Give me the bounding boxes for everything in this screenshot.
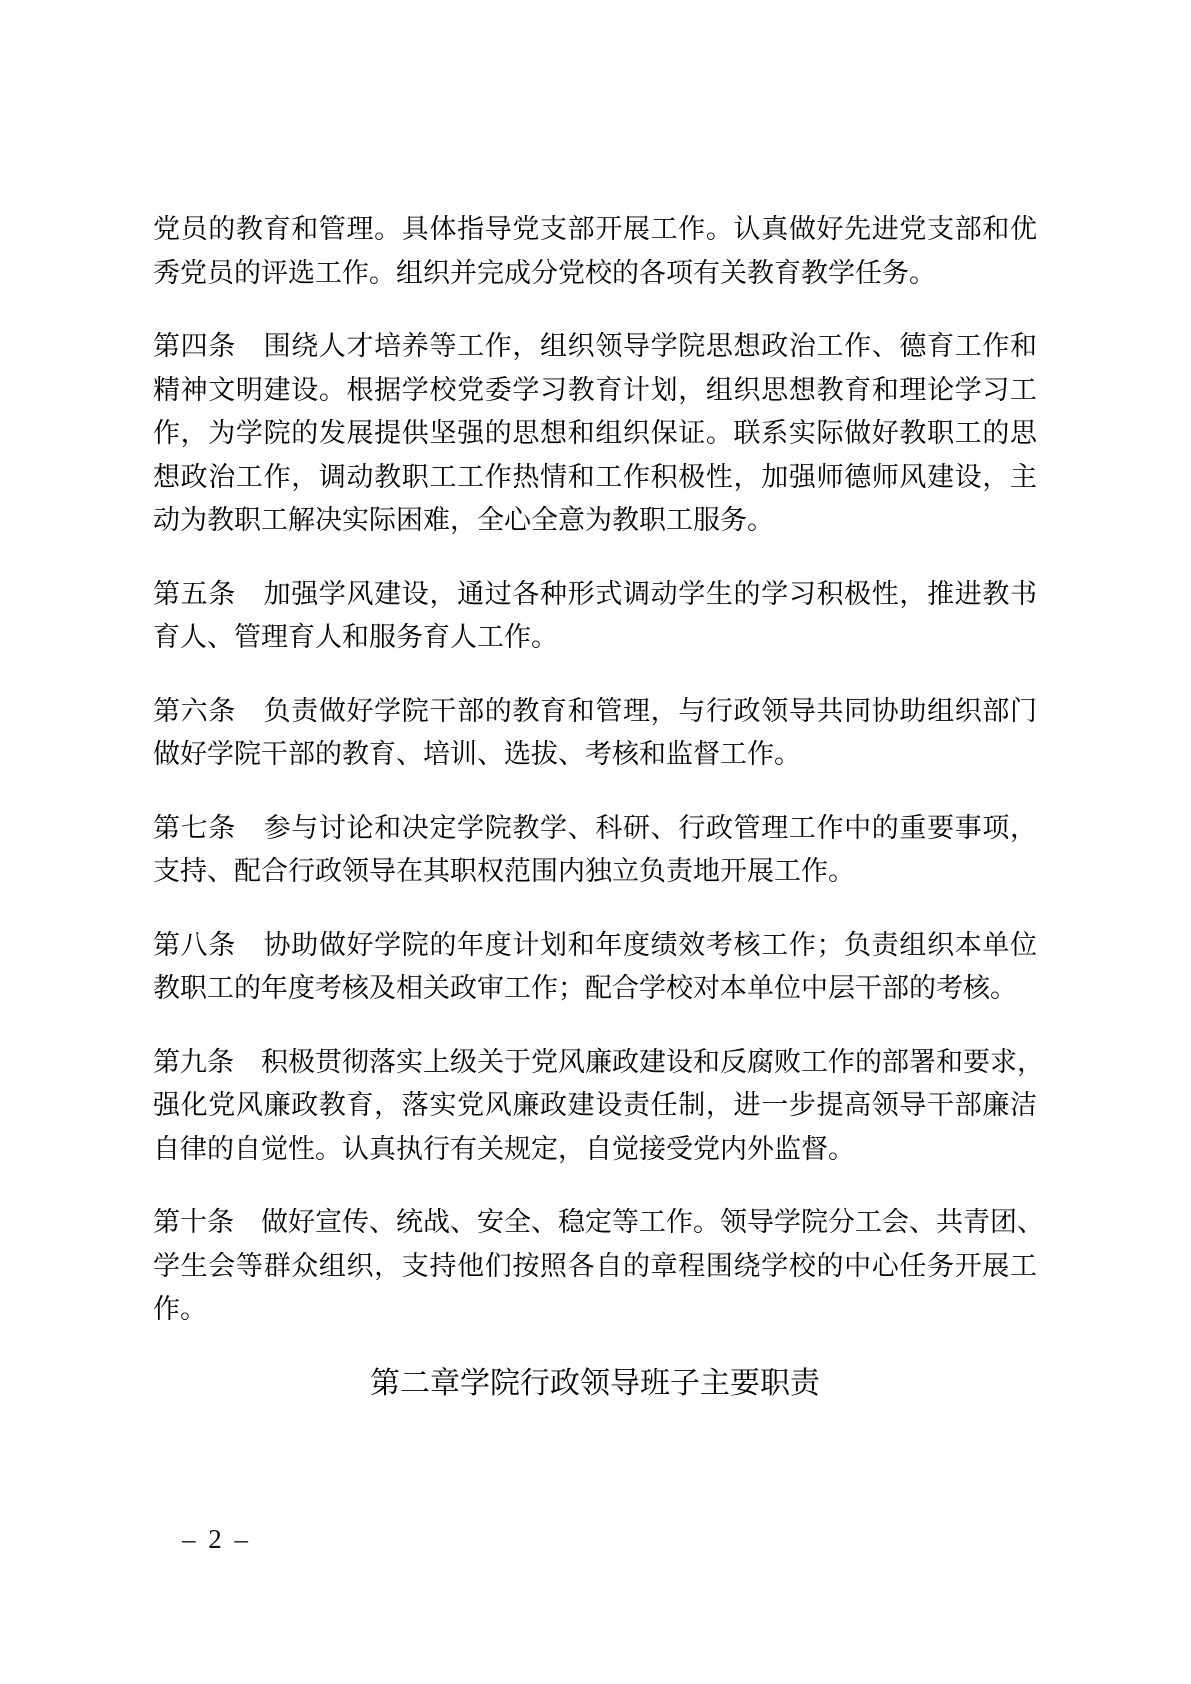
- document-page: 党员的教育和管理。具体指导党支部开展工作。认真做好先进党支部和优 秀党员的评选工…: [0, 0, 1191, 1684]
- text-line: 自律的自觉性。认真执行有关规定，自觉接受党内外监督。: [153, 1128, 1037, 1172]
- text-line: 第九条 积极贯彻落实上级关于党风廉政建设和反腐败工作的部署和要求，: [153, 1041, 1037, 1085]
- paragraph-article-6: 第六条 负责做好学院干部的教育和管理，与行政领导共同协助组织部门 做好学院干部的…: [153, 690, 1037, 777]
- text-line: 第十条 做好宣传、统战、安全、稳定等工作。领导学院分工会、共青团、: [153, 1201, 1037, 1245]
- text-line: 想政治工作，调动教职工工作热情和工作积极性，加强师德师风建设，主: [153, 456, 1037, 500]
- paragraph-article-7: 第七条 参与讨论和决定学院教学、科研、行政管理工作中的重要事项， 支持、配合行政…: [153, 807, 1037, 894]
- chapter-heading: 第二章学院行政领导班子主要职责: [153, 1362, 1037, 1406]
- text-line: 强化党风廉政教育，落实党风廉政建设责任制，进一步提高领导干部廉洁: [153, 1084, 1037, 1128]
- paragraph-article-4: 第四条 围绕人才培养等工作，组织领导学院思想政治工作、德育工作和 精神文明建设。…: [153, 325, 1037, 543]
- text-line: 秀党员的评选工作。组织并完成分党校的各项有关教育教学任务。: [153, 252, 1037, 296]
- text-line: 动为教职工解决实际困难，全心全意为教职工服务。: [153, 499, 1037, 543]
- text-line: 第六条 负责做好学院干部的教育和管理，与行政领导共同协助组织部门: [153, 690, 1037, 734]
- text-line: 第五条 加强学风建设，通过各种形式调动学生的学习积极性，推进教书: [153, 573, 1037, 617]
- text-line: 作。: [153, 1288, 1037, 1332]
- paragraph-continuation: 党员的教育和管理。具体指导党支部开展工作。认真做好先进党支部和优 秀党员的评选工…: [153, 208, 1037, 295]
- paragraph-article-9: 第九条 积极贯彻落实上级关于党风廉政建设和反腐败工作的部署和要求， 强化党风廉政…: [153, 1041, 1037, 1172]
- text-line: 做好学院干部的教育、培训、选拔、考核和监督工作。: [153, 733, 1037, 777]
- paragraph-article-8: 第八条 协助做好学院的年度计划和年度绩效考核工作；负责组织本单位 教职工的年度考…: [153, 924, 1037, 1011]
- text-line: 第四条 围绕人才培养等工作，组织领导学院思想政治工作、德育工作和: [153, 325, 1037, 369]
- paragraph-article-10: 第十条 做好宣传、统战、安全、稳定等工作。领导学院分工会、共青团、 学生会等群众…: [153, 1201, 1037, 1332]
- text-line: 育人、管理育人和服务育人工作。: [153, 616, 1037, 660]
- document-body: 党员的教育和管理。具体指导党支部开展工作。认真做好先进党支部和优 秀党员的评选工…: [153, 208, 1037, 1405]
- text-line: 第七条 参与讨论和决定学院教学、科研、行政管理工作中的重要事项，: [153, 807, 1037, 851]
- text-line: 教职工的年度考核及相关政审工作；配合学校对本单位中层干部的考核。: [153, 967, 1037, 1011]
- text-line: 学生会等群众组织，支持他们按照各自的章程围绕学校的中心任务开展工: [153, 1245, 1037, 1289]
- text-line: 党员的教育和管理。具体指导党支部开展工作。认真做好先进党支部和优: [153, 208, 1037, 252]
- text-line: 第八条 协助做好学院的年度计划和年度绩效考核工作；负责组织本单位: [153, 924, 1037, 968]
- page-footer: – 2 –: [182, 1524, 251, 1555]
- paragraph-article-5: 第五条 加强学风建设，通过各种形式调动学生的学习积极性，推进教书 育人、管理育人…: [153, 573, 1037, 660]
- page-number: – 2 –: [182, 1524, 251, 1554]
- text-line: 支持、配合行政领导在其职权范围内独立负责地开展工作。: [153, 850, 1037, 894]
- text-line: 精神文明建设。根据学校党委学习教育计划，组织思想教育和理论学习工: [153, 369, 1037, 413]
- text-line: 作，为学院的发展提供坚强的思想和组织保证。联系实际做好教职工的思: [153, 412, 1037, 456]
